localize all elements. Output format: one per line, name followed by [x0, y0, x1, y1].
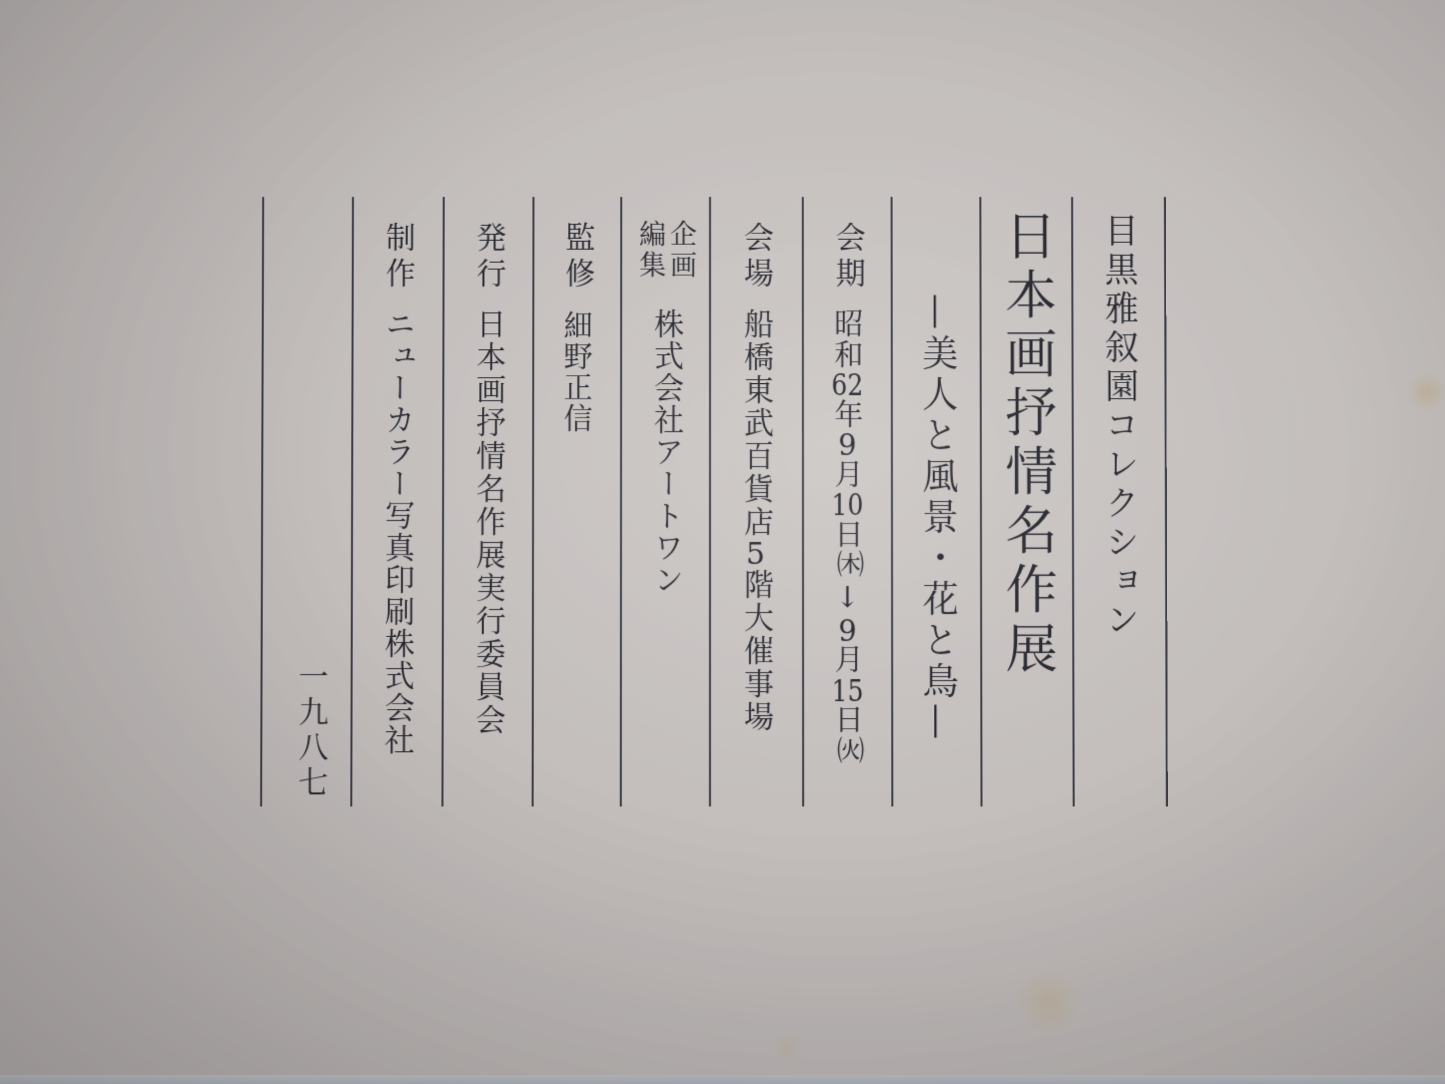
venue-label: 会場	[740, 222, 770, 294]
separator-line	[709, 197, 711, 807]
separator-line	[802, 197, 804, 807]
separator-line	[350, 197, 354, 807]
separator-line	[620, 197, 622, 807]
exhibition-subtitle: —美人と風景・花と鳥—	[919, 294, 956, 745]
publication-year: 一九八七	[294, 661, 324, 801]
separator-line	[891, 197, 894, 807]
down-arrow-icon: ↓	[831, 580, 865, 616]
separator-line	[1071, 197, 1075, 807]
separator-line	[1164, 197, 1168, 807]
collection-heading: 目黒雅叙園コレクション	[1101, 213, 1136, 641]
production-company: ニューカラー写真印刷株式会社	[380, 308, 411, 756]
publisher-name: 日本画抒情名作展実行委員会	[472, 308, 503, 737]
separator-line	[260, 197, 264, 807]
subtitle-dash-close: —	[917, 703, 958, 744]
session-label: 会期	[832, 222, 862, 294]
planning-company: 株式会社アートワン	[650, 308, 680, 596]
paper-background: 目黒雅叙園コレクション 日本画抒情名作展 —美人と風景・花と鳥— 会期 昭和62…	[0, 0, 1445, 1084]
planning-label: 企画	[667, 220, 694, 282]
planning-editing-label: 企画編集	[636, 220, 694, 282]
page-sheet: 目黒雅叙園コレクション 日本画抒情名作展 —美人と風景・花と鳥— 会期 昭和62…	[0, 2, 1445, 1084]
production-label: 制作	[382, 222, 412, 294]
exhibition-title: 日本画抒情名作展	[999, 209, 1052, 680]
supervisor-name: 細野正信	[562, 310, 591, 434]
venue-name: 船橋東武百貨店5階大催事場	[740, 308, 770, 734]
publisher-label: 発行	[472, 222, 502, 294]
subtitle-text: 美人と風景・花と鳥	[917, 334, 959, 703]
supervision-label: 監修	[561, 222, 591, 294]
separator-line	[441, 197, 444, 807]
page-bottom-edge	[0, 1075, 1445, 1084]
separator-line	[532, 197, 535, 807]
separator-line	[979, 197, 982, 807]
editing-label: 編集	[636, 220, 663, 282]
subtitle-dash-open: —	[917, 294, 958, 335]
session-dates: 昭和62年9月10日㈭↓9月15日㈫	[832, 308, 861, 765]
